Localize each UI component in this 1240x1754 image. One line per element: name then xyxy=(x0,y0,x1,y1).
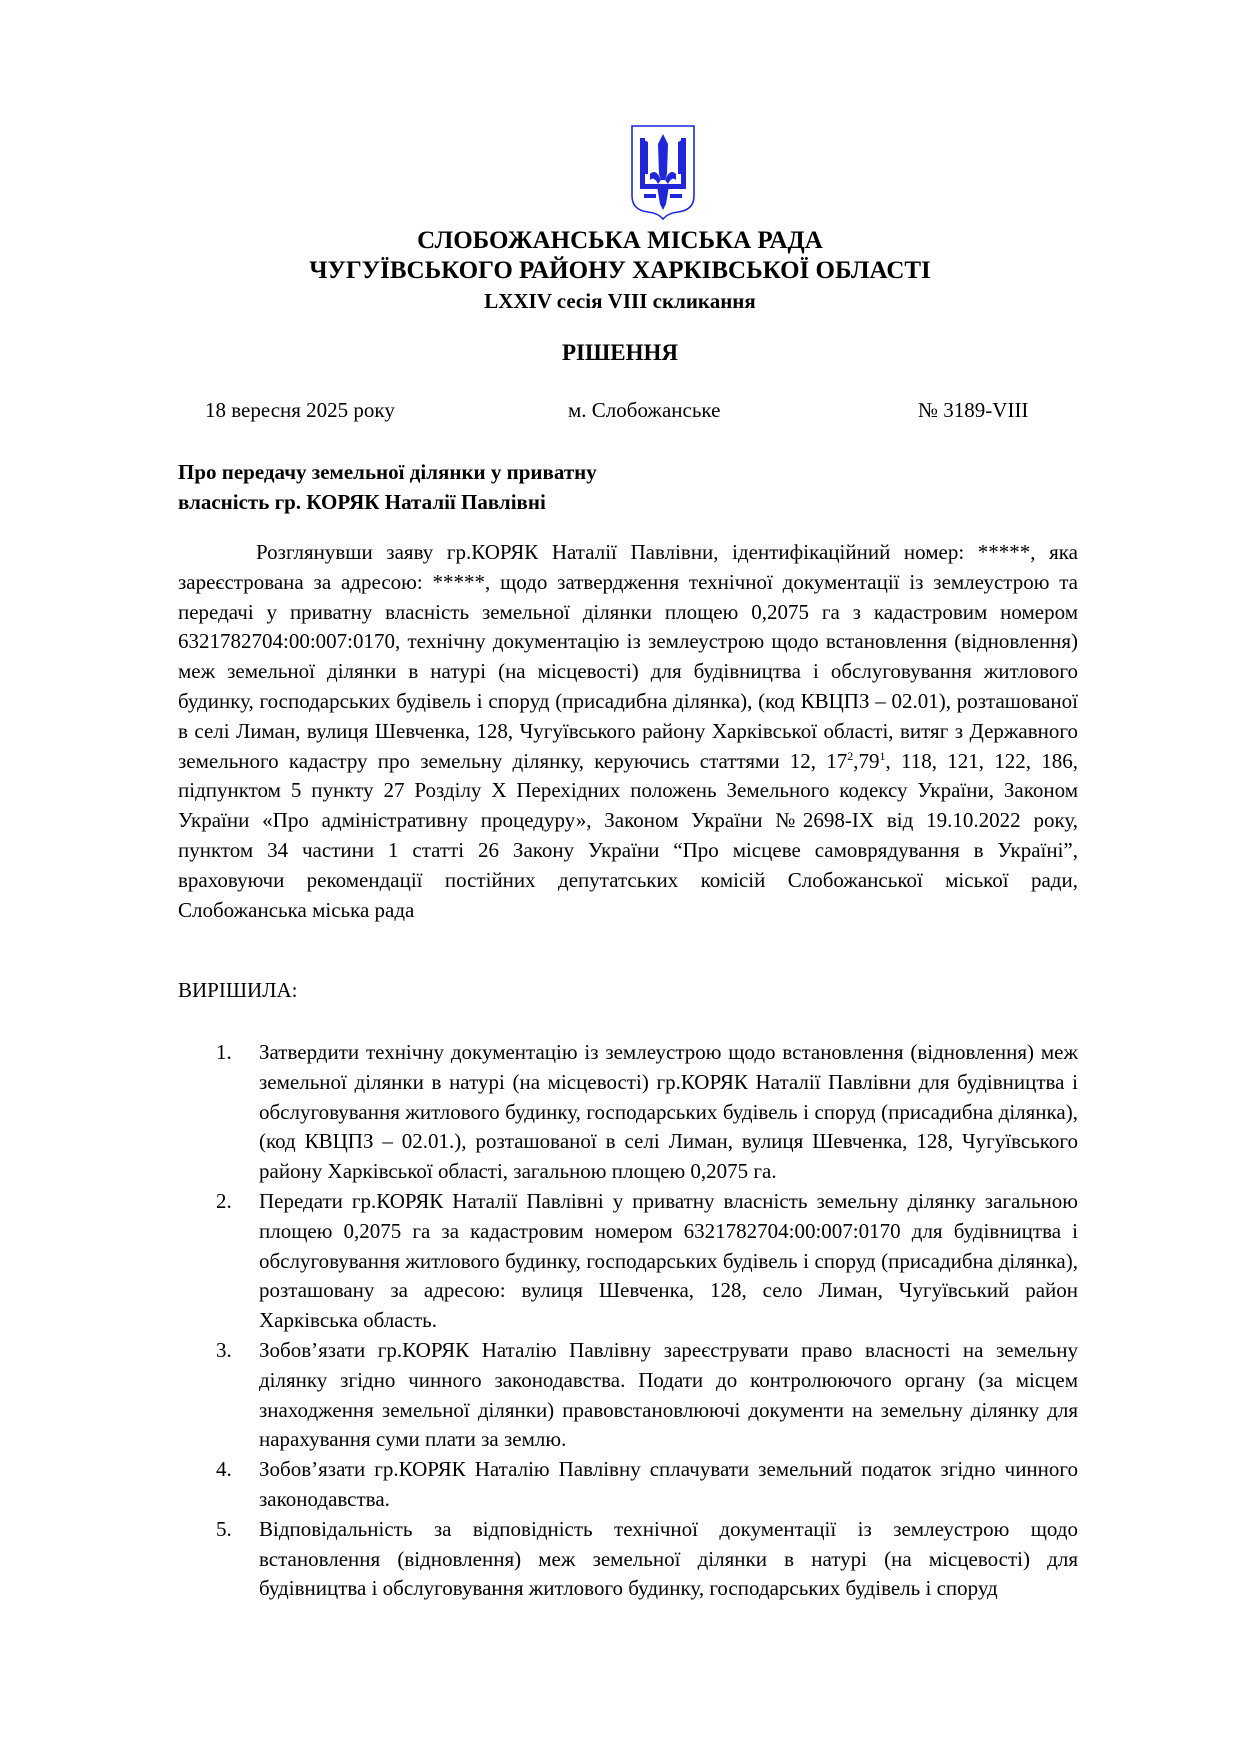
council-name: СЛОБОЖАНСЬКА МІСЬКА РАДА xyxy=(0,226,1240,256)
item-text: Затвердити технічну документацію із земл… xyxy=(259,1040,1078,1183)
document-page: СЛОБОЖАНСЬКА МІСЬКА РАДА ЧУГУЇВСЬКОГО РА… xyxy=(0,0,1240,1754)
decision-item: 3.Зобов’язати гр.КОРЯК Наталію Павлівну … xyxy=(178,1336,1078,1455)
subject-line-2: власність гр. КОРЯК Наталії Павлівні xyxy=(178,487,597,517)
decision-item: 1.Затвердити технічну документацію із зе… xyxy=(178,1038,1078,1187)
item-number: 5. xyxy=(216,1515,232,1545)
subject-line-1: Про передачу земельної ділянки у приватн… xyxy=(178,457,597,487)
decision-item: 5.Відповідальність за відповідність техн… xyxy=(178,1515,1078,1604)
preamble-text-3: , 118, 121, 122, 186, підпунктом 5 пункт… xyxy=(178,749,1078,922)
preamble-text-1: Розглянувши заяву гр.КОРЯК Наталії Павлі… xyxy=(178,540,1078,773)
ukraine-trident-coat-of-arms-icon xyxy=(630,124,696,220)
decision-item: 4.Зобов’язати гр.КОРЯК Наталію Павлівну … xyxy=(178,1455,1078,1515)
decided-label: ВИРІШИЛА: xyxy=(178,978,297,1003)
preamble-text-2: ,79 xyxy=(853,749,879,773)
item-text: Відповідальність за відповідність техніч… xyxy=(259,1517,1078,1601)
decision-item: 2.Передати гр.КОРЯК Наталії Павлівні у п… xyxy=(178,1187,1078,1336)
decision-number: № 3189-VIII xyxy=(918,398,1028,423)
session-label: LXXIV сесія VIII скликання xyxy=(0,288,1240,314)
item-number: 3. xyxy=(216,1336,232,1366)
item-text: Передати гр.КОРЯК Наталії Павлівні у при… xyxy=(259,1189,1078,1332)
document-meta-row: 18 вересня 2025 року м. Слобожанське № 3… xyxy=(0,398,1240,428)
document-type-title: РІШЕННЯ xyxy=(0,340,1240,366)
item-text: Зобов’язати гр.КОРЯК Наталію Павлівну сп… xyxy=(259,1457,1078,1511)
item-number: 2. xyxy=(216,1187,232,1217)
item-text: Зобов’язати гр.КОРЯК Наталію Павлівну за… xyxy=(259,1338,1078,1451)
decision-items-list: 1.Затвердити технічну документацію із зе… xyxy=(178,1038,1078,1604)
item-number: 1. xyxy=(216,1038,232,1068)
preamble-paragraph: Розглянувши заяву гр.КОРЯК Наталії Павлі… xyxy=(178,538,1078,925)
decision-place: м. Слобожанське xyxy=(568,398,720,423)
decision-subject: Про передачу земельної ділянки у приватн… xyxy=(178,457,597,517)
item-number: 4. xyxy=(216,1455,232,1485)
decision-date: 18 вересня 2025 року xyxy=(205,398,395,423)
district-name: ЧУГУЇВСЬКОГО РАЙОНУ ХАРКІВСЬКОЇ ОБЛАСТІ xyxy=(0,256,1240,286)
